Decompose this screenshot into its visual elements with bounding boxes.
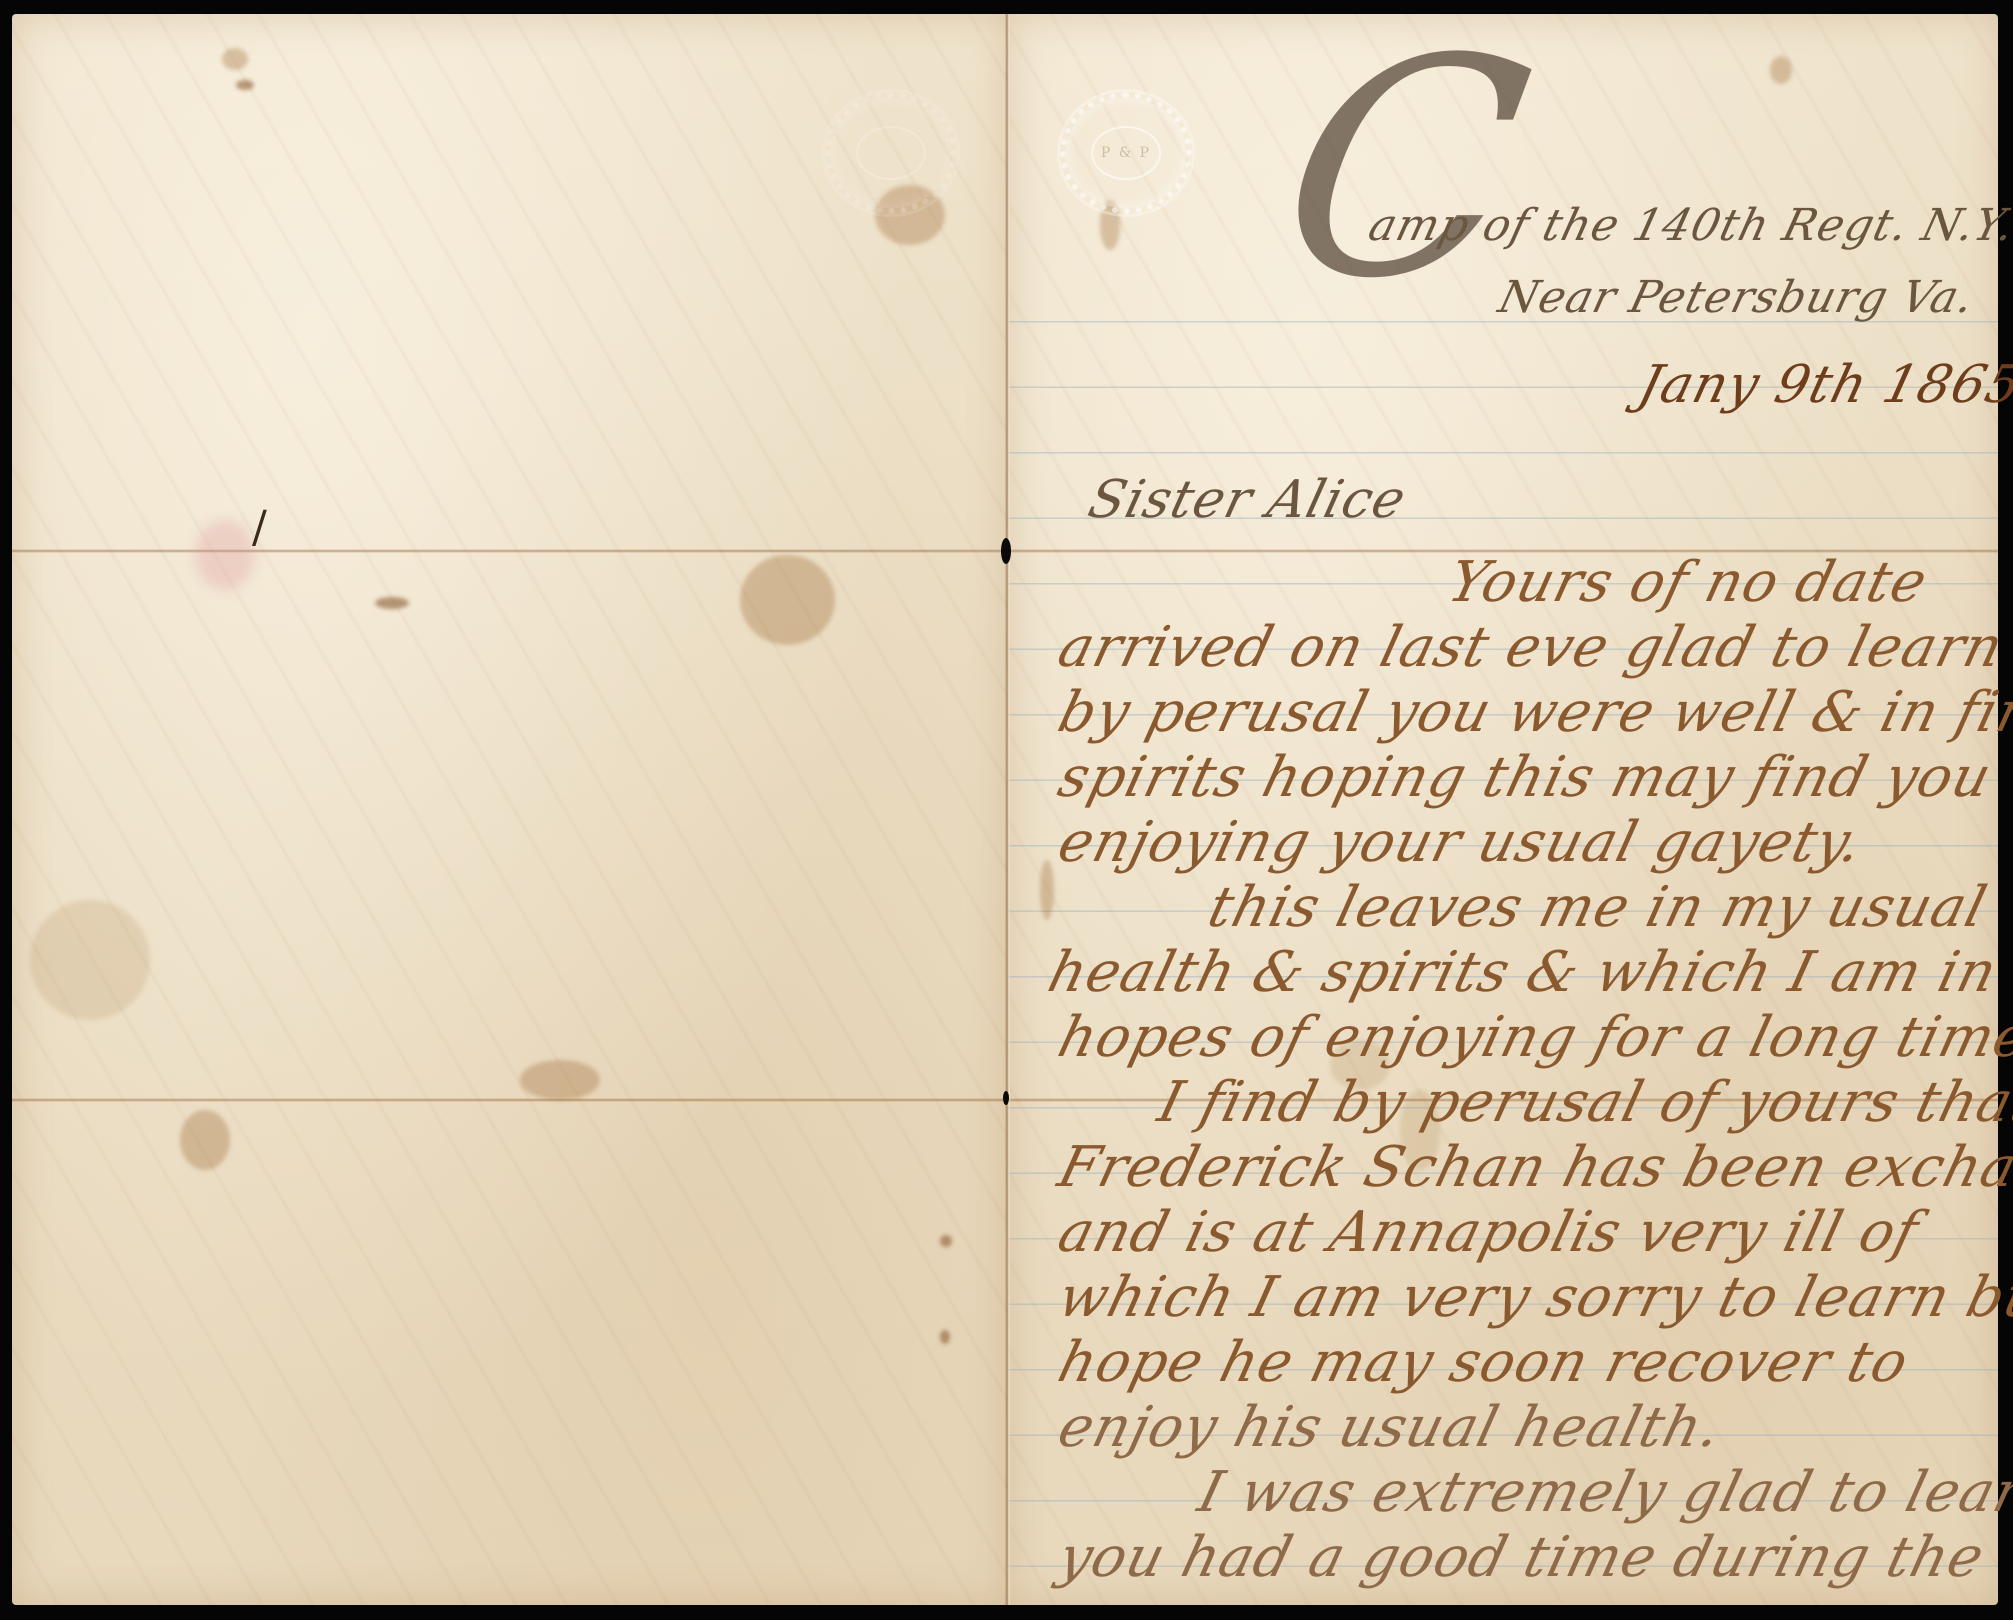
- embossed-seal: P & P: [1060, 92, 1192, 214]
- body-line: and is at Annapolis very ill of: [1052, 1200, 1925, 1265]
- body-line: which I am very sorry to learn but: [1052, 1265, 2013, 1330]
- heading-camp: amp of the 140th Regt. N.Y. Vols: [1364, 200, 2013, 251]
- body-line: health & spirits & which I am in: [1042, 940, 2004, 1005]
- left-page: [12, 14, 1008, 1605]
- body-line: arrived on last eve glad to learn: [1052, 615, 2010, 680]
- body-line: spirits hoping this may find you: [1052, 745, 1998, 810]
- stain: [180, 1110, 230, 1170]
- stain: [1770, 56, 1792, 84]
- heading-location: Near Petersburg Va.: [1494, 272, 1980, 323]
- body-line: hopes of enjoying for a long time.: [1052, 1005, 2013, 1070]
- body-line: you had a good time during the: [1052, 1525, 1991, 1590]
- fold-tear-upper: [1001, 538, 1011, 564]
- fold-tear-lower: [1003, 1091, 1009, 1105]
- body-line: I find by perusal of yours that: [1152, 1070, 2013, 1135]
- body-line: enjoying your usual gayety.: [1052, 810, 1869, 875]
- stain: [520, 1060, 600, 1100]
- body-line: Yours of no date: [1442, 550, 1934, 615]
- stain: [375, 597, 409, 609]
- salutation: Sister Alice: [1083, 470, 1413, 530]
- water-stain: [30, 900, 150, 1020]
- embossed-seal-ghost: [825, 92, 957, 214]
- body-line: Frederick Schan has been exchanged: [1052, 1135, 2013, 1200]
- coffee-stain: [740, 555, 835, 645]
- body-line: I was extremely glad to learn: [1192, 1460, 2013, 1525]
- body-line: by perusal you were well & in fine: [1052, 680, 2013, 745]
- body-line: this leaves me in my usual: [1202, 875, 1994, 940]
- stain: [940, 1330, 950, 1344]
- stain: [940, 1235, 952, 1247]
- stain: [1040, 860, 1054, 920]
- body-line: enjoy his usual health.: [1052, 1395, 1728, 1460]
- heading-date: Jany 9th 1865: [1633, 355, 2013, 415]
- vertical-fold: [1005, 14, 1011, 1605]
- stain: [222, 48, 248, 70]
- margin-mark: /: [252, 502, 267, 553]
- body-line: hope he may soon recover to: [1052, 1330, 1915, 1395]
- stain: [236, 80, 254, 90]
- pink-stain: [195, 520, 255, 590]
